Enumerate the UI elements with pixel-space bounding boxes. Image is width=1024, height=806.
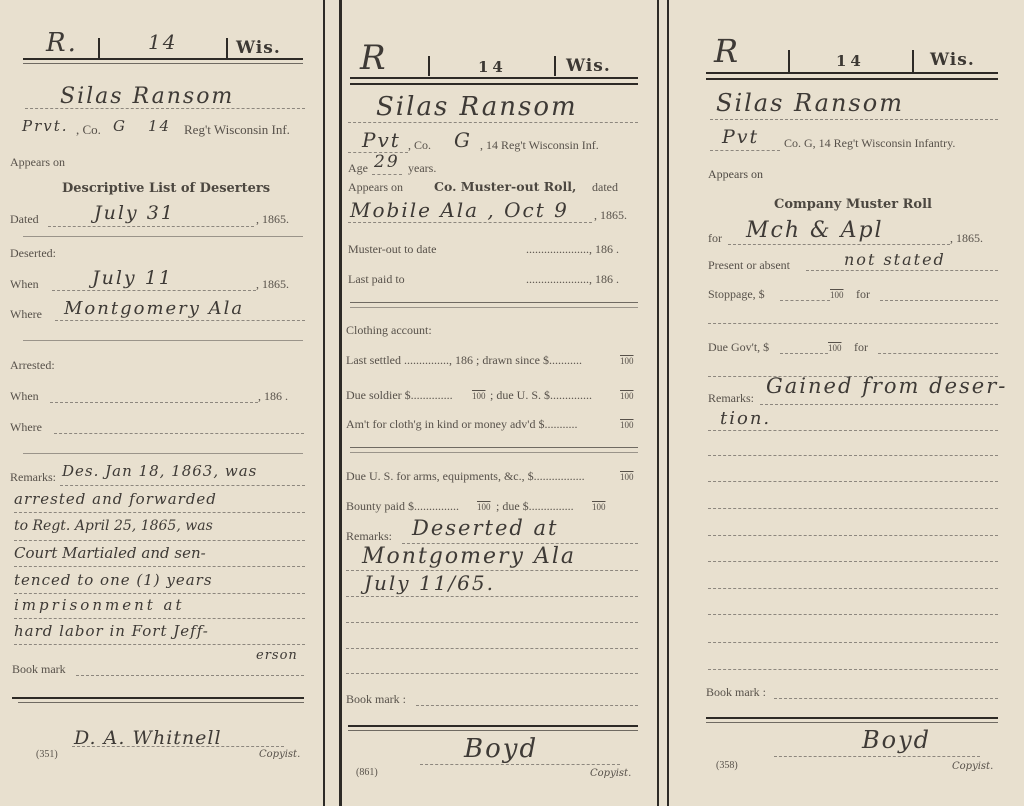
header-divider <box>428 56 430 76</box>
remarks-line-3: July 11/65. <box>364 571 495 595</box>
bounty-due-row: ; due $............... <box>496 499 574 514</box>
stoppage-for-label: for <box>856 287 870 302</box>
footer-rule <box>18 702 304 703</box>
remarks-line <box>708 535 998 536</box>
remarks-line-1: Des. Jan 18, 1863, was <box>62 462 257 480</box>
card-company-muster-roll: R 14 Wis. Silas Ransom Pvt Co. G, 14 Reg… <box>670 0 1024 806</box>
muster-out-label: Muster-out to date <box>348 242 436 257</box>
last-settled-row: Last settled ..............., 186 ; draw… <box>346 353 582 368</box>
remarks-line <box>346 648 638 649</box>
age-line <box>372 174 402 175</box>
header-divider <box>912 50 914 72</box>
due-gov-cents: 100 <box>828 343 842 353</box>
appears-on-label: Appears on <box>348 180 403 195</box>
dated-year: , 1865. <box>256 212 289 227</box>
present-absent-value: not stated <box>844 250 946 269</box>
section-rule <box>23 236 303 237</box>
footer-rule <box>348 730 638 731</box>
card-border <box>323 0 325 806</box>
for-value: Mch & Apl <box>746 218 884 243</box>
arrested-where-label: Where <box>10 420 42 435</box>
regiment-number: 14 <box>148 117 171 135</box>
remarks-line <box>14 512 305 513</box>
header-divider <box>788 50 790 72</box>
form-number: (861) <box>356 767 378 778</box>
header-initial: R <box>360 38 388 78</box>
for-line <box>728 244 950 245</box>
bounty-paid-row: Bounty paid $............... <box>346 499 459 514</box>
remarks-line <box>708 561 998 562</box>
bounty-paid-cents: 100 <box>477 502 491 512</box>
copyist-label: Copyist. <box>259 749 300 760</box>
dated-line <box>348 222 592 223</box>
footer-rule <box>706 722 998 723</box>
remarks-line-2: arrested and forwarded <box>14 490 217 508</box>
signature-line <box>72 746 284 747</box>
remarks-line <box>708 642 998 643</box>
amount-clothing-cents: 100 <box>620 420 634 430</box>
header-initial: R <box>714 32 740 70</box>
remarks-label: Remarks: <box>346 529 392 544</box>
remarks-line-1: Deserted at <box>412 516 558 540</box>
due-gov-for-line <box>878 353 998 354</box>
remarks-line-6: imprisonment at <box>14 596 185 614</box>
name-line <box>710 119 998 120</box>
form-number: (358) <box>716 760 738 771</box>
for-label: for <box>708 231 722 246</box>
soldier-name: Silas Ransom <box>60 84 234 109</box>
remarks-line <box>14 593 305 594</box>
remarks-line <box>14 540 305 541</box>
signature-line <box>774 756 980 757</box>
header-divider <box>98 38 100 58</box>
deserted-when-label: When <box>10 277 39 292</box>
clothing-account-label: Clothing account: <box>346 323 432 338</box>
book-mark-line <box>76 675 304 676</box>
copyist-label: Copyist. <box>952 761 993 772</box>
appears-on-label: Appears on <box>10 155 65 170</box>
stoppage-line <box>780 300 830 301</box>
age-label: Age <box>348 161 368 176</box>
dated-year: , 1865. <box>594 208 627 223</box>
deserted-where-value: Montgomery Ala <box>64 298 244 319</box>
section-rule <box>350 452 638 453</box>
regiment-suffix: Reg't Wisconsin Inf. <box>184 122 290 138</box>
due-gov-label: Due Gov't, $ <box>708 340 769 355</box>
book-mark-line <box>774 698 998 699</box>
remarks-line <box>708 588 998 589</box>
remarks-line-5: tenced to one (1) years <box>14 571 213 589</box>
age-value: 29 <box>374 152 400 172</box>
remarks-line <box>708 614 998 615</box>
stoppage-label: Stoppage, $ <box>708 287 765 302</box>
rank-line <box>710 150 780 151</box>
company: G <box>113 117 127 135</box>
remarks-line <box>346 596 638 597</box>
due-us-arms-cents: 100 <box>620 472 634 482</box>
remarks-line <box>60 485 305 486</box>
arrested-when-year: , 186 . <box>258 389 288 404</box>
muster-out-year: ....................., 186 . <box>526 242 619 257</box>
co-label: , Co. <box>76 122 101 138</box>
stoppage-cents: 100 <box>830 290 844 300</box>
header-regiment: 14 <box>148 30 177 54</box>
present-absent-line <box>806 270 998 271</box>
regiment-suffix: Co. G, 14 Reg't Wisconsin Infantry. <box>784 136 955 151</box>
header-state: Wis. <box>930 50 975 70</box>
copyist-signature: Boyd <box>862 726 931 754</box>
remarks-label: Remarks: <box>10 470 56 485</box>
section-rule <box>350 302 638 303</box>
header-regiment: 14 <box>478 58 507 76</box>
copyist-label: Copyist. <box>590 768 631 779</box>
header-divider <box>554 56 556 76</box>
remarks-line-8: erson <box>256 648 298 663</box>
section-rule <box>23 453 303 454</box>
section-rule <box>350 447 638 448</box>
header-rule <box>23 63 303 64</box>
last-paid-label: Last paid to <box>348 272 405 287</box>
remarks-line <box>708 481 998 482</box>
deserted-when-value: July 11 <box>92 267 173 289</box>
header-state: Wis. <box>236 38 281 58</box>
remarks-line <box>708 669 998 670</box>
regiment-suffix: , 14 Reg't Wisconsin Inf. <box>480 138 599 153</box>
remarks-line-7: hard labor in Fort Jeff- <box>14 622 209 640</box>
remarks-line-4: Court Martialed and sen- <box>14 544 206 562</box>
header-rule <box>350 77 638 79</box>
dated-value: Mobile Ala , Oct 9 <box>350 198 569 222</box>
stoppage-for-line <box>880 300 998 301</box>
stoppage-continuation-line <box>708 323 998 324</box>
dated-value: July 31 <box>94 202 175 224</box>
arrested-label: Arrested: <box>10 358 55 373</box>
rank: Pvt <box>362 128 401 152</box>
due-gov-line <box>780 353 828 354</box>
header-rule <box>706 78 998 80</box>
soldier-name: Silas Ransom <box>716 89 904 117</box>
arrested-when-line <box>50 402 258 403</box>
copyist-signature: Boyd <box>464 734 538 764</box>
deserted-where-line <box>55 320 305 321</box>
rank: Prvt. <box>22 117 69 135</box>
header-initial: R. <box>46 28 78 58</box>
deserted-when-year: , 1865. <box>256 277 289 292</box>
drawn-since-cents: 100 <box>620 356 634 366</box>
card-descriptive-list-of-deserters: R. 14 Wis. Silas Ransom Prvt. , Co. G 14… <box>0 0 322 806</box>
book-mark-line <box>416 705 638 706</box>
header-rule <box>350 83 638 85</box>
roll-title: Company Muster Roll <box>774 197 932 212</box>
roll-title: Descriptive List of Deserters <box>62 181 270 196</box>
last-paid-year: ....................., 186 . <box>526 272 619 287</box>
due-us-arms-row: Due U. S. for arms, equipments, &c., $..… <box>346 469 585 484</box>
name-line <box>348 122 638 123</box>
header-state: Wis. <box>566 56 611 76</box>
arrested-when-label: When <box>10 389 39 404</box>
deserted-where-label: Where <box>10 307 42 322</box>
name-line <box>25 108 305 109</box>
remarks-line <box>346 622 638 623</box>
signature-line <box>420 764 620 765</box>
due-us-row: ; due U. S. $.............. <box>490 388 592 403</box>
co-label: , Co. <box>408 138 431 153</box>
soldier-name: Silas Ransom <box>376 92 578 122</box>
remarks-line <box>14 566 305 567</box>
for-year: , 1865. <box>950 231 983 246</box>
remarks-line <box>708 508 998 509</box>
remarks-line-2: Montgomery Ala <box>362 544 576 569</box>
arrested-where-line <box>54 433 304 434</box>
card-border <box>667 0 669 806</box>
remarks-line <box>708 430 998 431</box>
remarks-line <box>346 673 638 674</box>
deserted-when-line <box>52 290 256 291</box>
dated-line <box>48 226 254 227</box>
section-rule <box>350 307 638 308</box>
company: G <box>454 128 472 152</box>
deserted-label: Deserted: <box>10 246 56 261</box>
remarks-line-1: Gained from deser- <box>766 374 1007 398</box>
remarks-line-2: tion. <box>720 408 771 429</box>
due-soldier-cents: 100 <box>472 391 486 401</box>
bounty-due-cents: 100 <box>592 502 606 512</box>
header-rule <box>706 72 998 74</box>
present-absent-label: Present or absent <box>708 258 790 273</box>
rank: Pvt <box>722 126 759 148</box>
section-rule <box>23 340 303 341</box>
due-us-cents: 100 <box>620 391 634 401</box>
due-soldier-row: Due soldier $.............. <box>346 388 453 403</box>
amount-clothing-row: Am't for cloth'g in kind or money adv'd … <box>346 417 577 432</box>
remarks-line <box>14 644 305 645</box>
card-co-muster-out-roll: R 14 Wis. Silas Ransom Pvt , Co. G , 14 … <box>342 0 658 806</box>
remarks-line <box>14 618 305 619</box>
footer-rule <box>706 717 998 719</box>
header-divider <box>226 38 228 58</box>
remarks-line <box>760 404 998 405</box>
remarks-label: Remarks: <box>708 391 754 406</box>
book-mark-label: Book mark <box>12 662 66 677</box>
form-number: (351) <box>36 749 58 760</box>
roll-title: Co. Muster-out Roll, <box>434 179 576 194</box>
footer-rule <box>348 725 638 727</box>
header-rule <box>23 58 303 60</box>
book-mark-label: Book mark : <box>346 692 406 707</box>
age-suffix: years. <box>408 161 436 176</box>
remarks-line-3: to Regt. April 25, 1865, was <box>14 518 213 534</box>
remarks-line <box>708 455 998 456</box>
appears-on-label: Appears on <box>708 167 763 182</box>
book-mark-label: Book mark : <box>706 685 766 700</box>
header-regiment: 14 <box>836 52 865 70</box>
footer-rule <box>12 697 304 699</box>
dated-label: Dated <box>10 212 39 227</box>
dated-label: dated <box>592 180 618 195</box>
due-gov-for-label: for <box>854 340 868 355</box>
